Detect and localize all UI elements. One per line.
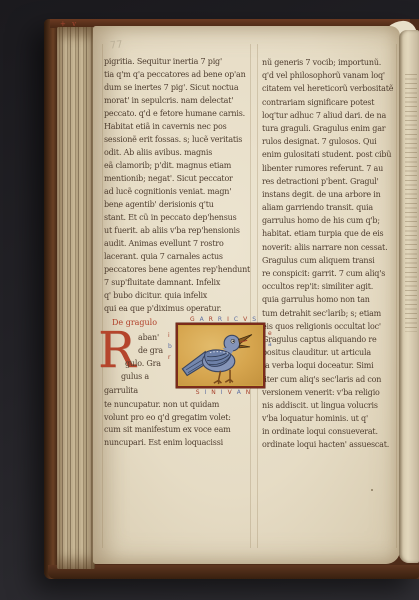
left-text-column-bottom-line: volunt pro eo q'd gregatim volet:	[104, 412, 252, 425]
miniature-caption-top-line: R	[218, 316, 222, 323]
right-text-column-line: eis quos religionis occultat loc'	[262, 320, 400, 333]
miniature-caption-top-line: A	[200, 316, 204, 323]
right-text-column-line: nis addiscit. ut lingua volucris	[262, 399, 400, 412]
left-text-column-line: ut fuerit. ab aliis v'ba rep'hensionis	[104, 224, 252, 237]
left-text-column-line: tia q'm q'a peccatores ad bene op'an	[104, 68, 252, 81]
miniature-caption-bottom-line: I	[221, 389, 223, 396]
miniature-caption-top: GARRICVS	[180, 316, 266, 323]
right-text-column-line: occultos rep'it: similiter agit.	[262, 280, 400, 293]
leather-spine-edge	[44, 19, 58, 579]
right-text-column-line: instans degit. de una arbore in	[262, 188, 400, 201]
left-text-column-bottom-line: nuncupari. Est enim loquacissi	[104, 437, 252, 450]
right-text-column-line: q'd vel philosophorũ vanam loq'	[262, 69, 400, 82]
photo-background: 77 + v pigritia. Sequitur inertia 7 pig'…	[0, 0, 419, 600]
right-text-column-line: libenter rumores referunt. 7 au	[262, 162, 400, 175]
left-text-column-line: Habitat etiã in cavernis nec pos	[104, 120, 252, 133]
right-text-column-line: aliam garriendo transit. quia	[262, 201, 400, 214]
initial-wrap-line: gulo. Gra	[125, 359, 161, 368]
miniature-caption-right-line: e	[268, 330, 276, 337]
miniature-block: GARRICVS ibr ea	[176, 320, 268, 394]
right-text-column-line: tura graguli. Gragulus enim gar	[262, 122, 400, 135]
facing-page-edge	[399, 30, 419, 563]
miniature-caption-bottom-line: N	[211, 389, 216, 396]
right-text-column-line: in ordinate loqui consueverat.	[262, 425, 400, 438]
left-text-column-line: pigritia. Sequitur inertia 7 pig'	[104, 55, 252, 68]
right-text-column-line: re conspicit: garrit. 7 cum aliq's	[262, 267, 400, 280]
miniature-caption-top-line: G	[190, 316, 195, 323]
left-text-column-line: bene agentib' derisionis q'tu	[104, 198, 252, 211]
left-text-column-line: peccatores bene agentes rep'hendunt	[104, 263, 252, 276]
red-corner-mark: + v	[60, 20, 78, 28]
right-text-column-line: garrulus homo de his cum q'b;	[262, 214, 400, 227]
left-text-column: pigritia. Sequitur inertia 7 pig'tia q'm…	[104, 55, 252, 315]
jackdaw-bird-icon	[178, 325, 263, 386]
right-text-column-line: loq'tur adhuc 7 aliud dari. de na	[262, 109, 400, 122]
miniature-caption-bottom-line: N	[246, 389, 251, 396]
miniature-caption-top-line: V	[243, 316, 247, 323]
miniature-caption-right: ea	[268, 326, 276, 352]
right-text-column-line: ta verba loqui doceatur. Simi	[262, 359, 400, 372]
left-text-column-line: audit. Animas evellunt 7 rostro	[104, 237, 252, 250]
miniature-caption-bottom-line: I	[205, 389, 207, 396]
right-text-column-line: Gragulus cum aliquem transi	[262, 254, 400, 267]
left-text-column-line: ad lucẽ cognitionis veniat. magn'	[104, 185, 252, 198]
parchment-speck	[371, 489, 373, 491]
miniature-caption-top-line: C	[234, 316, 238, 323]
miniature-caption-bottom-line: S	[196, 389, 200, 396]
left-text-column-line: peccato. q'd e fetore humane carnis.	[104, 107, 252, 120]
page-edges-gutter	[57, 27, 95, 569]
miniature-caption-top-line: R	[209, 316, 213, 323]
left-text-column-bottom-line: cum sit manifestum ex voce eam	[104, 424, 252, 437]
right-text-column: nũ generis 7 vocib; importunũ.q'd vel ph…	[262, 56, 400, 452]
right-text-column-line: positus clauditur. ut articula	[262, 346, 400, 359]
miniature-caption-bottom-line: A	[237, 389, 241, 396]
miniature-caption-right-line: a	[268, 341, 276, 348]
miniature-caption-left: ibr	[168, 328, 176, 365]
right-text-column-line: nũ generis 7 vocib; importunũ.	[262, 56, 400, 69]
left-text-column-line: mentionib; negat'. Sicut peccator	[104, 172, 252, 185]
miniature-caption-left-line: b	[168, 343, 176, 350]
page-number-pencil: 77	[109, 39, 123, 51]
miniature-caption-left-line: i	[168, 332, 176, 339]
right-text-column-line: Gragulus captus aliquando re	[262, 333, 400, 346]
left-text-column-bottom-line: te nuncupatur. non ut quidam	[104, 399, 252, 412]
leather-bottom-edge	[48, 565, 419, 579]
ruling-line	[102, 44, 103, 548]
right-text-column-line: liter cum aliq's sec'laris ad con	[262, 373, 400, 386]
right-text-column-line: citatem vel hereticorũ verbositatẽ	[262, 82, 400, 95]
right-text-column-line: enim gulositati student. post cibũ	[262, 148, 400, 161]
right-text-column-line: res detractioni p'bent. Gragul'	[262, 175, 400, 188]
left-text-column-line: 7 sup'fluitate damnant. Infelix	[104, 276, 252, 289]
initial-wrap-line: gulus a	[121, 372, 149, 381]
right-text-column-line: versionem venerit: v'ba religio	[262, 386, 400, 399]
right-text-column-line: quia garrulus homo non tan	[262, 293, 400, 306]
left-text-column-line: dum se inertes 7 pig'. Sicut noctua	[104, 81, 252, 94]
right-text-column-line: v'ba loquatur hominis. ut q'	[262, 412, 400, 425]
facing-page-text-showthrough	[405, 74, 417, 332]
initial-wrap-line: de gra	[138, 346, 163, 355]
left-text-column-line: lacerant. quia 7 carnales actus	[104, 250, 252, 263]
left-text-column-line: morat' in sepulcris. nam delectat'	[104, 94, 252, 107]
right-text-column-line: ordinate loqui hacten' assuescat.	[262, 438, 400, 451]
ruling-line	[257, 44, 258, 548]
miniature-caption-top-line: S	[252, 316, 256, 323]
miniature-caption-bottom-line: V	[228, 389, 232, 396]
left-text-column-line: odit. Ab aliis avibus. magnis	[104, 146, 252, 159]
miniature-caption-left-line: r	[168, 354, 176, 361]
miniature-caption-top-line: I	[227, 316, 229, 323]
initial-wrap-line: garrulita	[104, 386, 138, 395]
right-text-column-line: habitat. etiam turpia que de eis	[262, 227, 400, 240]
miniature-caption-bottom: SINIVAN	[180, 389, 266, 396]
left-text-column-line: sessionẽ erit fossas. s; lucẽ veritatis	[104, 133, 252, 146]
right-text-column-line: contrariam significare potest	[262, 96, 400, 109]
right-text-column-line: tum detrahit sec'larib; s; etiam	[262, 307, 400, 320]
left-text-column-bottom: te nuncupatur. non ut quidamvolunt pro e…	[104, 399, 252, 449]
initial-wrap-line: aban'	[138, 333, 159, 342]
left-text-column-line: eã clamorib; p'dit. magnus etiam	[104, 159, 252, 172]
right-text-column-line: noverit: aliis narrare non cessat.	[262, 241, 400, 254]
miniature-frame	[176, 323, 265, 388]
right-text-column-line: rulos designat. 7 gulosos. Qui	[262, 135, 400, 148]
left-text-column-line: qui ea que p'diximus operatur.	[104, 302, 252, 315]
left-text-column-line: stant. Et cũ in peccato dep'hensus	[104, 211, 252, 224]
left-text-column-line: q' bubo dicitur. quia infelix	[104, 289, 252, 302]
